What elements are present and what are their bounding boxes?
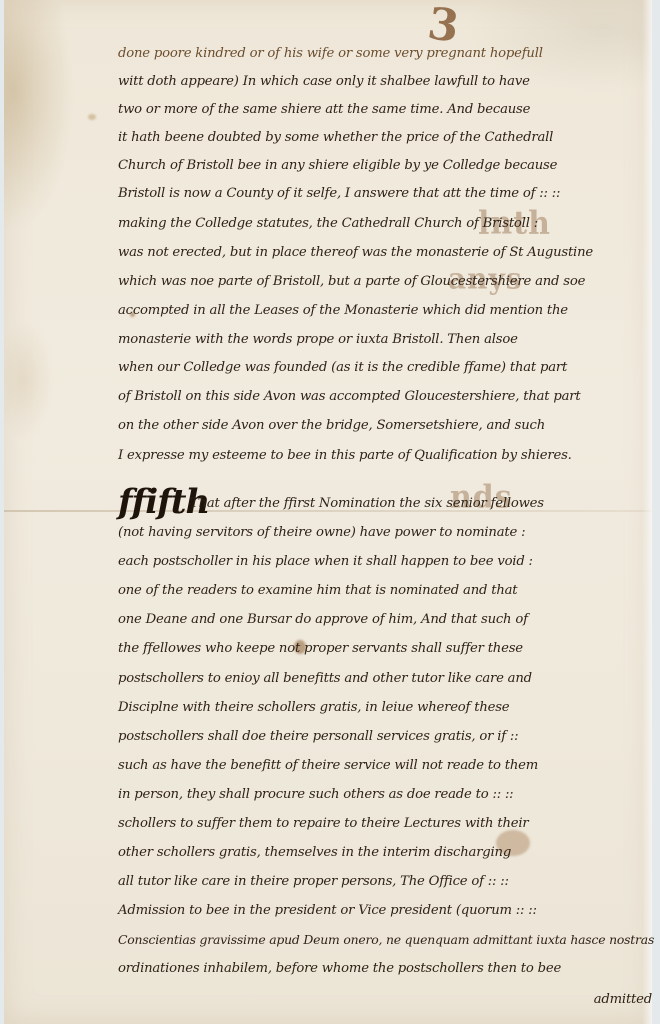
text-line: the ffellowes who keepe not proper serva…	[118, 635, 523, 663]
text-line: postschollers shall doe theire personall…	[118, 723, 518, 751]
text-line: in person, they shall procure such other…	[118, 781, 513, 809]
text-line: postschollers to enioy all benefitts and…	[118, 665, 532, 693]
text-line: ordinationes inhabilem, before whome the…	[118, 955, 561, 983]
text-line: Bristoll is now a County of it selfe, I …	[118, 180, 560, 208]
text-line: when our Colledge was founded (as it is …	[118, 354, 567, 382]
text-line: accompted in all the Leases of the Monas…	[118, 297, 568, 325]
manuscript-scan: 3 lnth anys nds ffifth done poore kindre…	[0, 0, 660, 1024]
text-line: I expresse my esteeme to bee in this par…	[118, 442, 572, 470]
text-line: was not erected, but in place thereof wa…	[118, 239, 593, 267]
text-line: one Deane and one Bursar do approve of h…	[118, 606, 528, 634]
text-line: Disciplne with theire schollers gratis, …	[118, 694, 509, 722]
text-line: which was noe parte of Bristoll, but a p…	[118, 268, 585, 296]
text-line: two or more of the same shiere att the s…	[118, 96, 530, 124]
ink-stain	[88, 114, 96, 120]
catchword: admitted	[594, 986, 652, 1014]
text-line: of Bristoll on this side Avon was accomp…	[118, 383, 581, 411]
text-line: Admission to bee in the president or Vic…	[118, 897, 537, 925]
text-line: That after the ffirst Nomination the six…	[190, 490, 544, 518]
text-line: monasterie with the words prope or iuxta…	[118, 326, 518, 354]
text-line: done poore kindred or of his wife or som…	[118, 40, 543, 68]
text-line: all tutor like care in theire proper per…	[118, 868, 509, 896]
text-line: it hath beene doubted by some whether th…	[118, 124, 553, 152]
text-line: one of the readers to examine him that i…	[118, 577, 517, 605]
text-line: other schollers gratis, themselves in th…	[118, 839, 511, 867]
text-line: such as have the benefitt of theire serv…	[118, 752, 538, 780]
text-line: making the Colledge statutes, the Cathed…	[118, 210, 538, 238]
text-line: (not having servitors of theire owne) ha…	[118, 519, 525, 547]
text-line: schollers to suffer them to repaire to t…	[118, 810, 528, 838]
text-line: on the other side Avon over the bridge, …	[118, 412, 545, 440]
text-line: Church of Bristoll bee in any shiere eli…	[118, 152, 557, 180]
text-line: each postscholler in his place when it s…	[118, 548, 533, 576]
text-line: witt doth appeare) In which case only it…	[118, 68, 530, 96]
text-line: Conscientias gravissime apud Deum onero,…	[118, 926, 654, 954]
